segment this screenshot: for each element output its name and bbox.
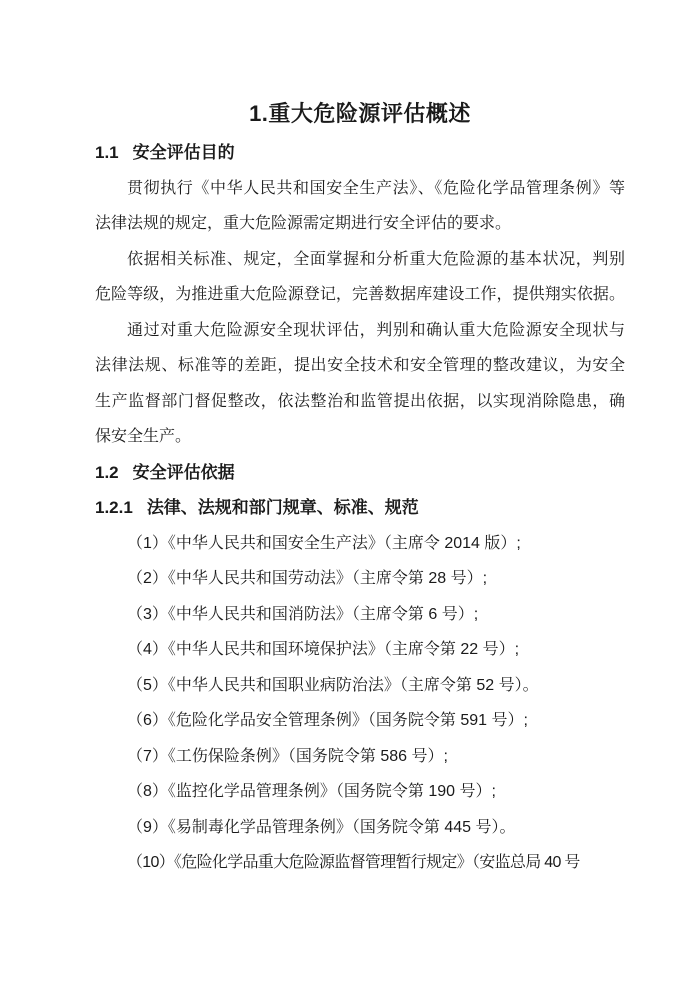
legal-item-2: （2）《中华人民共和国劳动法》（主席令第 28 号）; <box>95 561 625 597</box>
section-heading-1-1: 1.1安全评估目的 <box>95 135 625 171</box>
section-number: 1.1 <box>95 135 119 171</box>
paragraph-2-line-1: 依据相关标准、规定，全面掌握和分析重大危险源的基本状况，判别 <box>95 242 625 278</box>
paragraph-3-line-4: 保安全生产。 <box>95 419 625 455</box>
page-title: 1.重大危险源评估概述 <box>95 92 625 135</box>
paragraph-3-line-1: 通过对重大危险源安全现状评估，判别和确认重大危险源安全现状与 <box>95 313 625 349</box>
section-title: 安全评估目的 <box>133 143 235 162</box>
section-heading-1-2: 1.2安全评估依据 <box>95 455 625 491</box>
section-title: 安全评估依据 <box>133 463 235 482</box>
section-number: 1.2 <box>95 455 119 491</box>
section-title: 法律、法规和部门规章、标准、规范 <box>147 498 419 517</box>
legal-item-5: （5）《中华人民共和国职业病防治法》（主席令第 52 号）。 <box>95 668 625 704</box>
legal-item-10: （10）《危险化学品重大危险源监督管理暂行规定》（安监总局 40 号 <box>95 845 625 881</box>
legal-item-9: （9）《易制毒化学品管理条例》（国务院令第 445 号）。 <box>95 810 625 846</box>
legal-item-1: （1）《中华人民共和国安全生产法》（主席令 2014 版）; <box>95 526 625 562</box>
paragraph-3-line-2: 法律法规、标准等的差距，提出安全技术和安全管理的整改建议，为安全 <box>95 348 625 384</box>
paragraph-3-line-3: 生产监督部门督促整改，依法整治和监管提出依据，以实现消除隐患，确 <box>95 384 625 420</box>
legal-item-3: （3）《中华人民共和国消防法》（主席令第 6 号）; <box>95 597 625 633</box>
paragraph-1-line-2: 法律法规的规定，重大危险源需定期进行安全评估的要求。 <box>95 206 625 242</box>
legal-item-8: （8）《监控化学品管理条例》（国务院令第 190 号）; <box>95 774 625 810</box>
paragraph-1-line-1: 贯彻执行《中华人民共和国安全生产法》、《危险化学品管理条例》等 <box>95 171 625 207</box>
paragraph-2-line-2: 危险等级，为推进重大危险源登记，完善数据库建设工作，提供翔实依据。 <box>95 277 625 313</box>
section-heading-1-2-1: 1.2.1法律、法规和部门规章、标准、规范 <box>95 490 625 526</box>
section-number: 1.2.1 <box>95 490 133 526</box>
legal-item-6: （6）《危险化学品安全管理条例》（国务院令第 591 号）; <box>95 703 625 739</box>
legal-item-4: （4）《中华人民共和国环境保护法》（主席令第 22 号）; <box>95 632 625 668</box>
legal-item-7: （7）《工伤保险条例》（国务院令第 586 号）; <box>95 739 625 775</box>
document-page: 1.重大危险源评估概述 1.1安全评估目的 贯彻执行《中华人民共和国安全生产法》… <box>0 0 700 990</box>
